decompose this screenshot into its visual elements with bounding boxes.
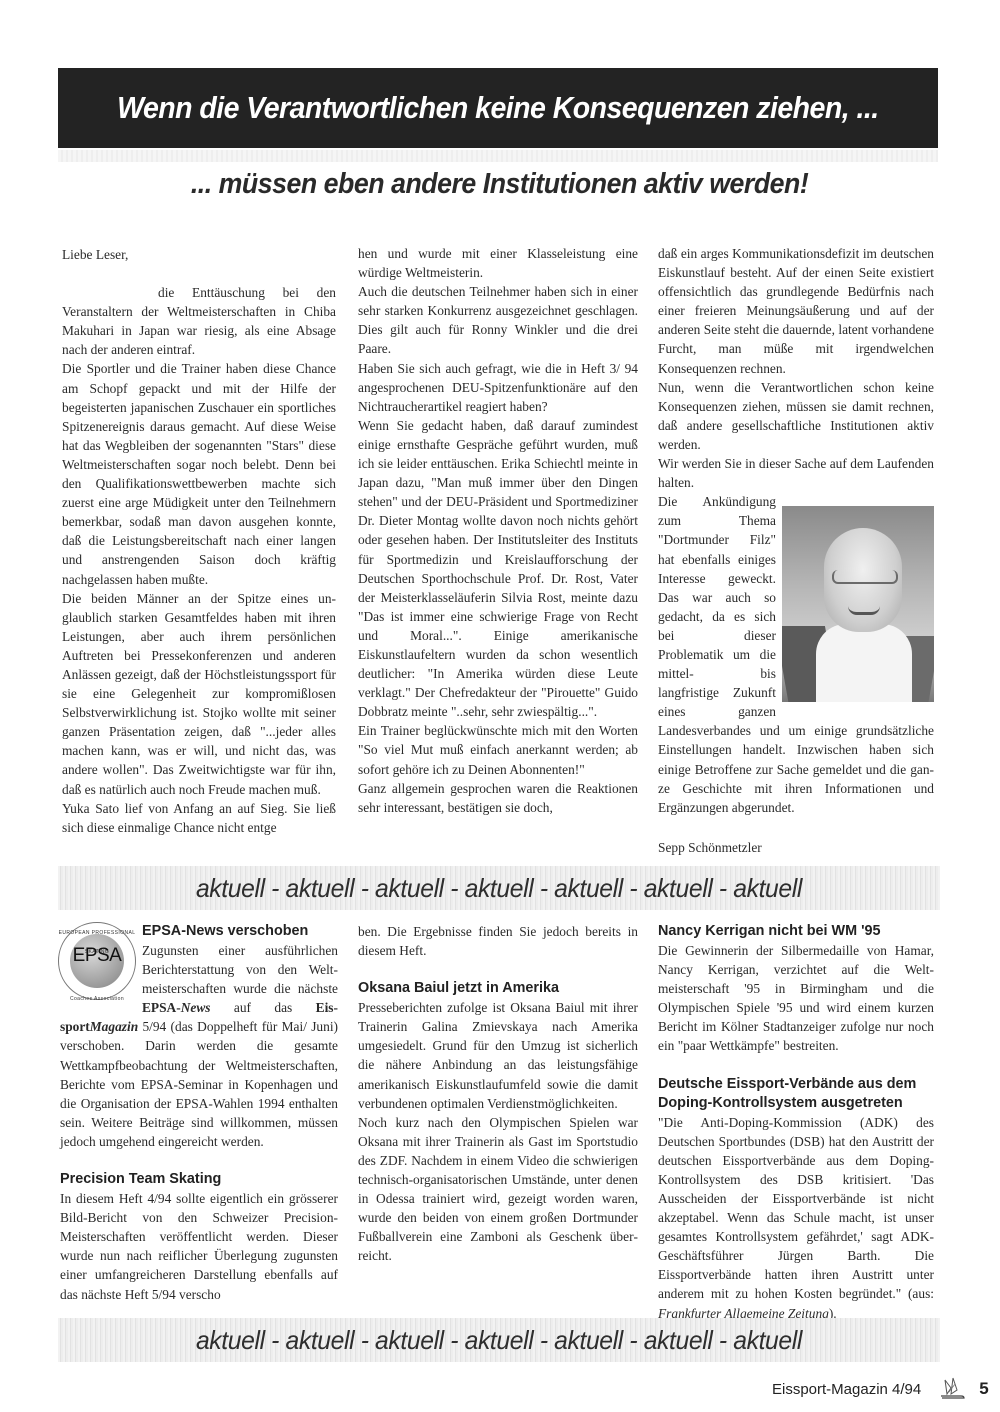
photo-detail (848, 606, 880, 615)
aktuell-banner-bottom: aktuell - aktuell - aktuell - aktuell - … (58, 1318, 940, 1362)
paragraph: Nun, wenn die Verantwortlichen schon kei… (658, 378, 934, 454)
news-heading-kerrigan: Nancy Kerrigan nicht bei WM '95 (658, 922, 934, 941)
editorial-column-2: hen und wurde mit einer Klasseleistung e… (358, 244, 638, 817)
editorial-column-1: Liebe Leser, die Enttäuschung bei den Ve… (62, 245, 336, 837)
paragraph: Wenn Sie gedacht haben, daß darauf zumin… (358, 416, 638, 722)
news-heading-precision: Precision Team Skating (60, 1170, 338, 1189)
news-text-kerrigan: Die Gewinnerin der Silbermedaille von Ha… (658, 941, 934, 1056)
news-heading-doping: Deutsche Eissport-Verbände aus dem Dopin… (658, 1075, 934, 1113)
news-text-baiul: Presseberichten zufolge ist Oksana Baiul… (358, 998, 638, 1113)
banner-shadow (58, 150, 938, 162)
news-column-2: ben. Die Ergebnisse finden Sie jedoch be… (358, 922, 638, 1266)
paragraph: Auch die deutschen Teilnehmer haben sich… (358, 282, 638, 358)
epsa-logo-icon: EUROPEAN PROFESSIONAL SKATING EPSA Coach… (58, 922, 138, 1002)
paragraph: Ganz allgemein gesprochen waren die Reak… (358, 779, 638, 817)
paragraph: Haben Sie sich auch gefragt, wie die in … (358, 359, 638, 416)
paragraph: die Enttäuschung bei den Veranstaltern d… (62, 283, 336, 359)
paragraph: daß ein arges Kommunikationsdefizit im d… (658, 244, 934, 378)
paragraph: Die Sportler und die Trainer haben diese… (62, 359, 336, 588)
news-text-baiul: Noch kurz nach den Olympischen Spielen w… (358, 1113, 638, 1266)
aktuell-banner-top: aktuell - aktuell - aktuell - aktuell - … (58, 866, 940, 910)
photo-detail (832, 570, 898, 584)
news-text-precision: In diesem Heft 4/94 sollte eigentlich ei… (60, 1189, 338, 1304)
news-column-1: EUROPEAN PROFESSIONAL SKATING EPSA Coach… (60, 922, 338, 1304)
page-footer: Eissport-Magazin 4/94 5 (772, 1376, 989, 1402)
photo-detail (816, 624, 912, 702)
news-text-doping: "Die Anti-Doping-Kommission (ADK) des De… (658, 1113, 934, 1323)
paragraph: Ein Trainer beglückwünschte mich mit den… (358, 721, 638, 778)
news-text-precision-continued: ben. Die Ergebnisse finden Sie jedoch be… (358, 922, 638, 960)
paragraph: hen und wurde mit einer Klasseleistung e… (358, 244, 638, 282)
author-photo (782, 506, 934, 702)
headline: Wenn die Verantwortlichen keine Konseque… (117, 90, 878, 126)
headline-banner: Wenn die Verantwortlichen keine Konseque… (58, 68, 938, 148)
page-number: 5 (979, 1379, 988, 1399)
paragraph: Yuka Sato lief von Anfang an auf Sieg. S… (62, 799, 336, 837)
editorial-column-3: daß ein arges Kommunikationsdefizit im d… (658, 244, 934, 857)
news-column-3: Nancy Kerrigan nicht bei WM '95 Die Gewi… (658, 922, 934, 1323)
news-heading-baiul: Oksana Baiul jetzt in Amerika (358, 979, 638, 998)
paragraph: Wir werden Sie in dieser Sache auf dem L… (658, 454, 934, 492)
author-signature: Sepp Schönmetzler (658, 838, 934, 857)
paragraph: Die beiden Männer an der Spitze eines un… (62, 589, 336, 799)
publication-name: Eissport-Magazin 4/94 (772, 1381, 921, 1398)
greeting: Liebe Leser, (62, 245, 336, 264)
subheadline: ... müssen eben andere Institutionen akt… (0, 168, 1000, 201)
skate-logo-icon (937, 1376, 967, 1402)
